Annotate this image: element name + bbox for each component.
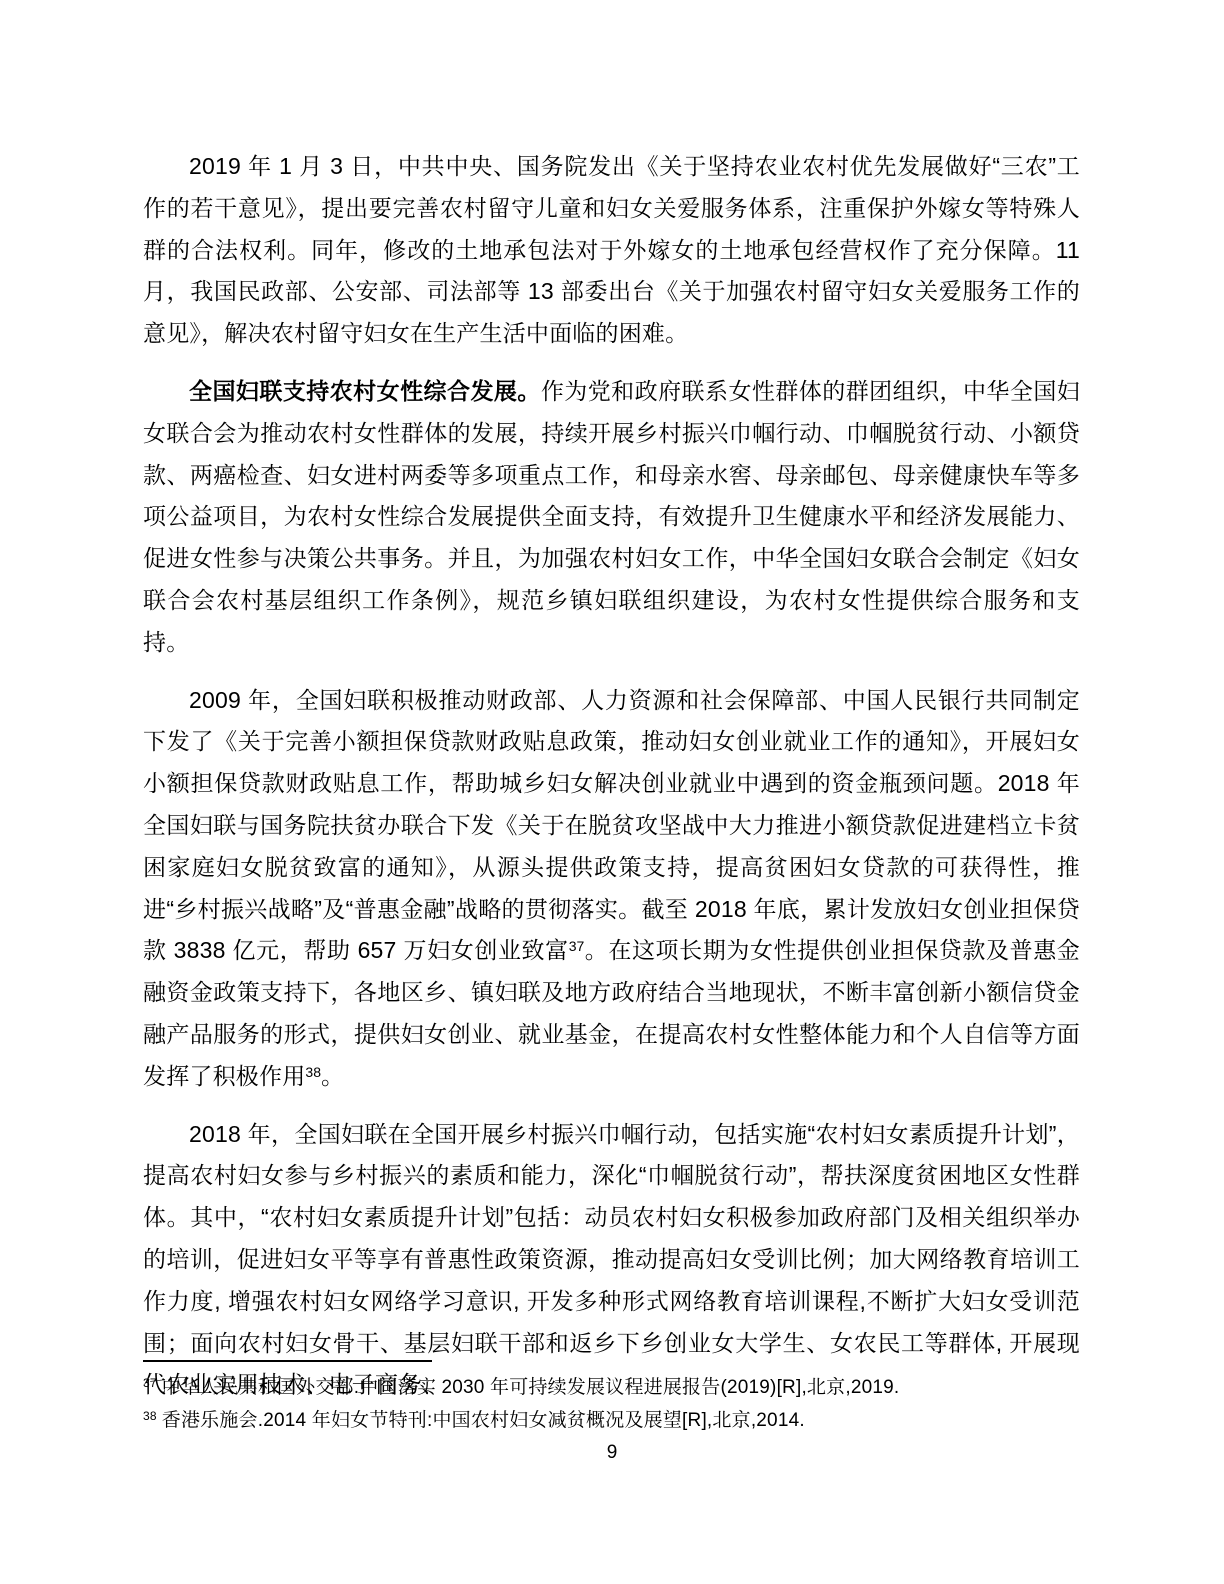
footnote-ref-37: 37 [569, 938, 585, 954]
footnote-separator [143, 1360, 432, 1362]
footnote-marker-37: 37 [143, 1376, 157, 1390]
footnote-ref-38: 38 [305, 1064, 321, 1080]
footnote-text: 中华人民共和国外交部.中国落实 2030 年可持续发展议程进展报告(2019)[… [162, 1377, 900, 1398]
footnote-text: 香港乐施会.2014 年妇女节特刊:中国农村妇女减贫概况及展望[R],北京,20… [162, 1410, 805, 1431]
footnote-marker-38: 38 [143, 1409, 157, 1423]
page-number: 9 [0, 1438, 1224, 1468]
text-run: 作为党和政府联系女性群体的群团组织，中华全国妇女联合会为推动农村女性群体的发展，… [143, 378, 1080, 655]
paragraph-lead-bold: 全国妇联支持农村女性综合发展。 [189, 378, 541, 404]
text-run: 2009 年，全国妇联积极推动财政部、人力资源和社会保障部、中国人民银行共同制定… [143, 687, 1080, 964]
footnote-37: 37中华人民共和国外交部.中国落实 2030 年可持续发展议程进展报告(2019… [143, 1372, 1080, 1405]
text-run: 。 [321, 1063, 344, 1089]
paragraph-1: 2019 年 1 月 3 日，中共中央、国务院发出《关于坚持农业农村优先发展做好… [143, 146, 1080, 355]
document-page: 2019 年 1 月 3 日，中共中央、国务院发出《关于坚持农业农村优先发展做好… [0, 0, 1224, 1584]
paragraph-3: 2009 年，全国妇联积极推动财政部、人力资源和社会保障部、中国人民银行共同制定… [143, 680, 1080, 1098]
document-body: 2019 年 1 月 3 日，中共中央、国务院发出《关于坚持农业农村优先发展做好… [143, 146, 1080, 1406]
paragraph-2: 全国妇联支持农村女性综合发展。作为党和政府联系女性群体的群团组织，中华全国妇女联… [143, 371, 1080, 664]
footnotes-section: 37中华人民共和国外交部.中国落实 2030 年可持续发展议程进展报告(2019… [143, 1360, 1080, 1437]
text-run: 2019 年 1 月 3 日，中共中央、国务院发出《关于坚持农业农村优先发展做好… [143, 153, 1080, 346]
text-run: 2018 年，全国妇联在全国开展乡村振兴巾帼行动，包括实施“农村妇女素质提升计划… [143, 1121, 1080, 1398]
footnote-38: 38香港乐施会.2014 年妇女节特刊:中国农村妇女减贫概况及展望[R],北京,… [143, 1405, 1080, 1438]
